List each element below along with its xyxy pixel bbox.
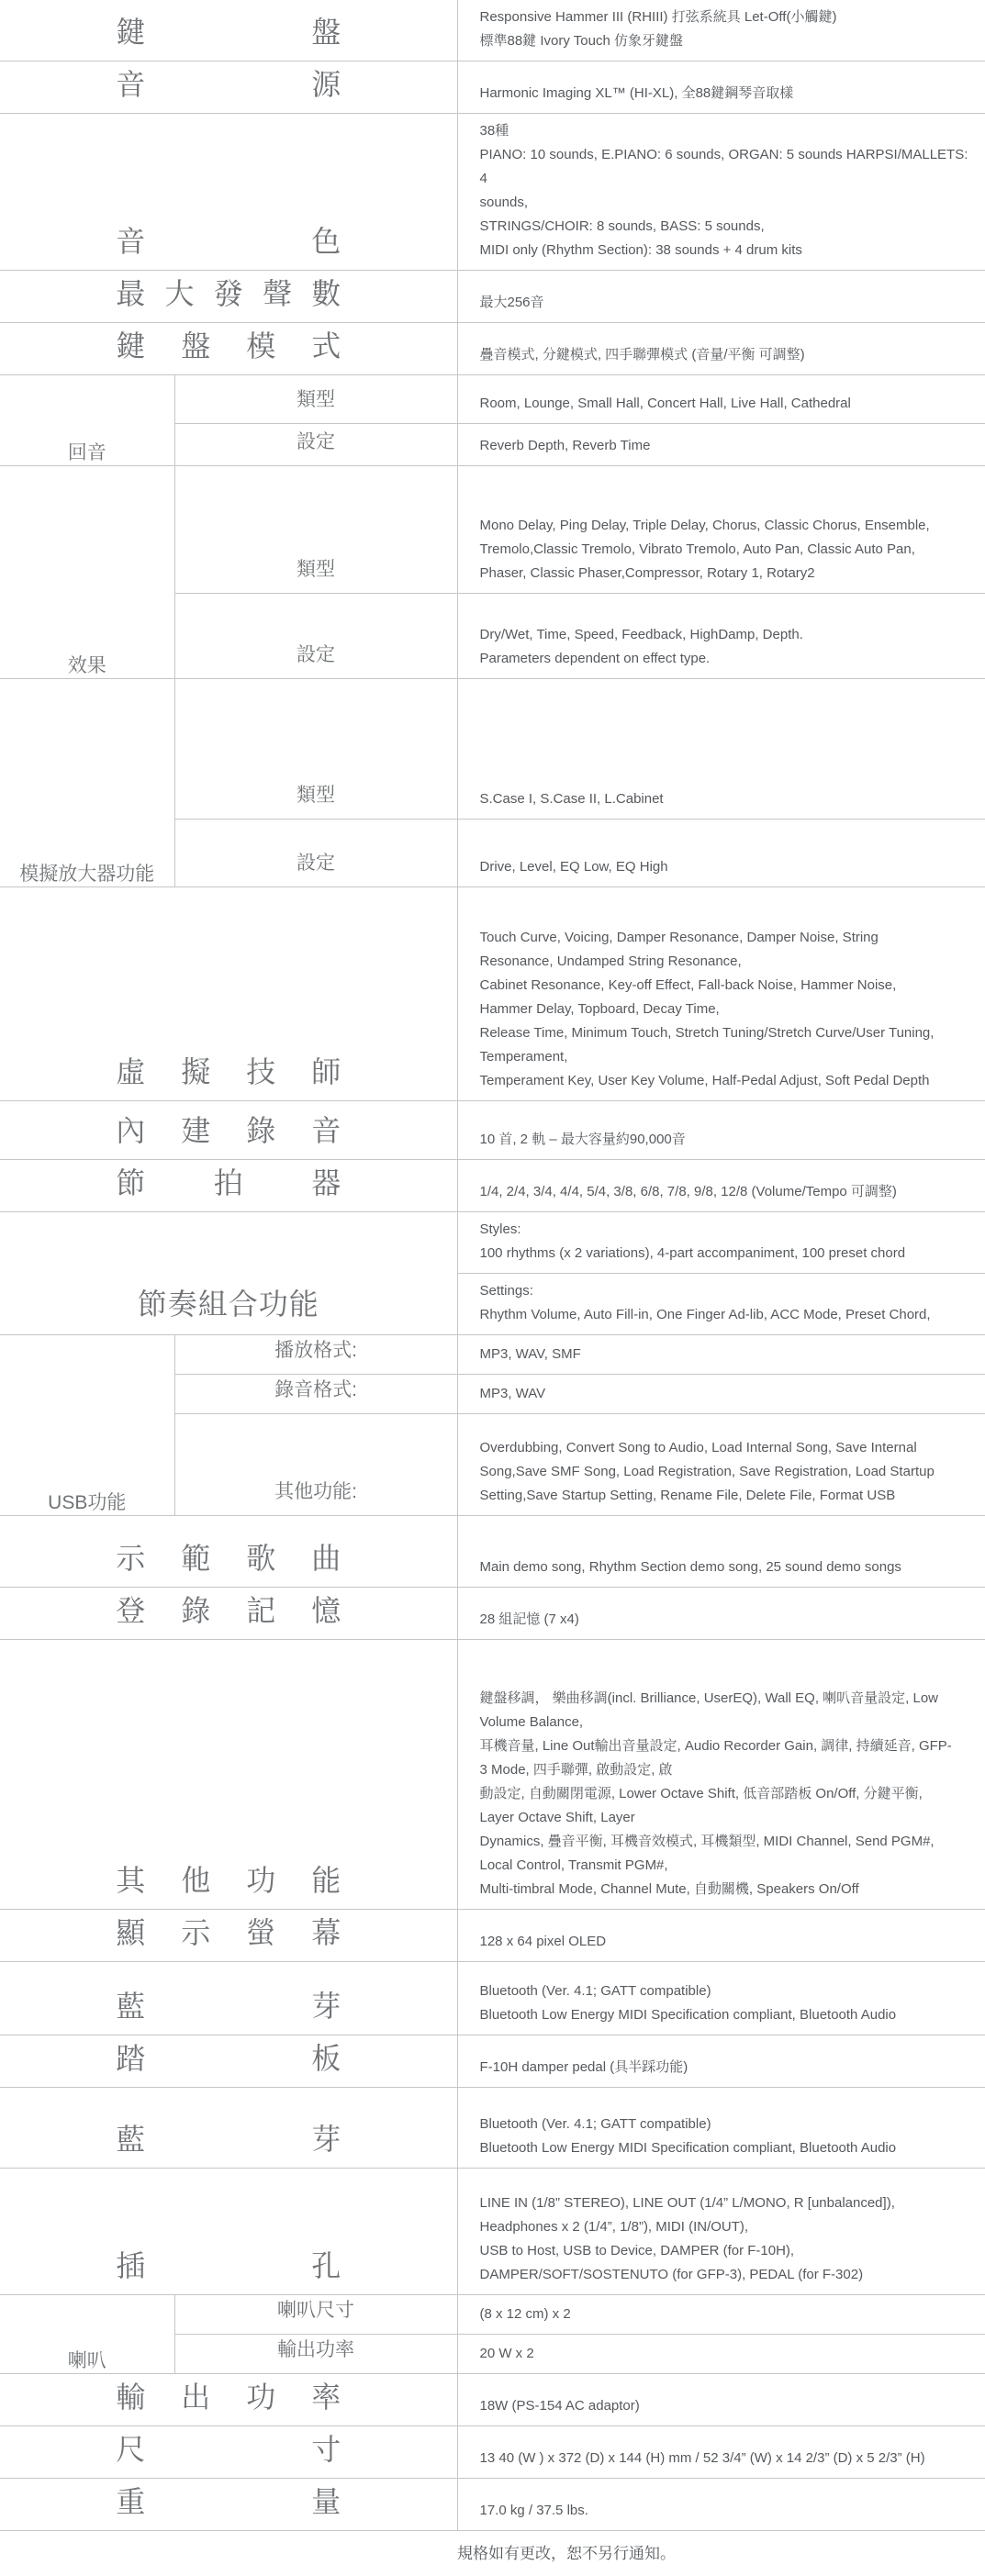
spec-value: 13 40 (W ) x 372 (D) x 144 (H) mm / 52 3… xyxy=(457,2426,985,2479)
spec-value: 10 首, 2 軌 – 最大容量約90,000音 xyxy=(457,1101,985,1160)
spec-sub-label: 錄音格式: xyxy=(174,1375,457,1414)
row-demo-songs: 示範歌曲 Main demo song, Rhythm Section demo… xyxy=(0,1516,985,1588)
spec-group-label: 模擬放大器功能 xyxy=(0,679,174,887)
row-max-polyphony: 最大發聲數 最大256音 xyxy=(0,271,985,323)
row-dimensions: 尺寸 13 40 (W ) x 372 (D) x 144 (H) mm / 5… xyxy=(0,2426,985,2479)
spec-value: 17.0 kg / 37.5 lbs. xyxy=(457,2479,985,2531)
spec-label: 藍芽 xyxy=(0,2088,457,2169)
row-bluetooth-1: 藍芽 Bluetooth (Ver. 4.1; GATT compatible)… xyxy=(0,1962,985,2035)
spec-value: Bluetooth (Ver. 4.1; GATT compatible) Bl… xyxy=(457,2088,985,2169)
row-sounds: 音色 38種 PIANO: 10 sounds, E.PIANO: 6 soun… xyxy=(0,114,985,271)
spec-value: Touch Curve, Voicing, Damper Resonance, … xyxy=(457,887,985,1101)
row-metronome: 節拍器 1/4, 2/4, 3/4, 4/4, 5/4, 3/8, 6/8, 7… xyxy=(0,1160,985,1212)
spec-label: 藍芽 xyxy=(0,1962,457,2035)
spec-value: Responsive Hammer III (RHIII) 打弦系統具 Let-… xyxy=(457,0,985,61)
spec-group-label: 效果 xyxy=(0,466,174,679)
spec-value: Styles: 100 rhythms (x 2 variations), 4-… xyxy=(457,1212,985,1274)
spec-label: 登錄記憶 xyxy=(0,1588,457,1640)
spec-value: 最大256音 xyxy=(457,271,985,323)
spec-label: 插孔 xyxy=(0,2169,457,2295)
spec-sub-label: 設定 xyxy=(174,820,457,887)
spec-value: MP3, WAV xyxy=(457,1375,985,1414)
spec-sub-label: 設定 xyxy=(174,424,457,466)
spec-value: 疊音模式, 分鍵模式, 四手聯彈模式 (音量/平衡 可調整) xyxy=(457,323,985,375)
spec-value: Reverb Depth, Reverb Time xyxy=(457,424,985,466)
row-registration-memory: 登錄記憶 28 組記憶 (7 x4) xyxy=(0,1588,985,1640)
row-internal-recorder: 內建錄音 10 首, 2 軌 – 最大容量約90,000音 xyxy=(0,1101,985,1160)
spec-value: Settings: Rhythm Volume, Auto Fill-in, O… xyxy=(457,1274,985,1335)
spec-label: 示範歌曲 xyxy=(0,1516,457,1588)
spec-label: 顯示螢幕 xyxy=(0,1910,457,1962)
row-rhythm-styles: 節奏組合功能 Styles: 100 rhythms (x 2 variatio… xyxy=(0,1212,985,1274)
spec-label: 其他功能 xyxy=(0,1640,457,1910)
row-pedal: 踏板 F-10H damper pedal (具半踩功能) xyxy=(0,2035,985,2088)
row-virtual-technician: 虛擬技師 Touch Curve, Voicing, Damper Resona… xyxy=(0,887,985,1101)
spec-label: 音色 xyxy=(0,114,457,271)
spec-label: 重量 xyxy=(0,2479,457,2531)
row-usb-playback: USB功能 播放格式: MP3, WAV, SMF xyxy=(0,1335,985,1375)
spec-sub-label: 輸出功率 xyxy=(174,2335,457,2374)
spec-value: 1/4, 2/4, 3/4, 4/4, 5/4, 3/8, 6/8, 7/8, … xyxy=(457,1160,985,1212)
spec-value: 20 W x 2 xyxy=(457,2335,985,2374)
row-other-functions: 其他功能 鍵盤移調， 樂曲移調(incl. Brilliance, UserEQ… xyxy=(0,1640,985,1910)
row-amp-sim-type: 模擬放大器功能 類型 S.Case I, S.Case II, L.Cabine… xyxy=(0,679,985,820)
spec-value: 鍵盤移調， 樂曲移調(incl. Brilliance, UserEQ), Wa… xyxy=(457,1640,985,1910)
spec-value: Harmonic Imaging XL™ (HI-XL), 全88鍵鋼琴音取樣 xyxy=(457,61,985,114)
spec-group-label: 喇叭 xyxy=(0,2295,174,2374)
spec-group-label: 回音 xyxy=(0,375,174,466)
row-reverb-type: 回音 類型 Room, Lounge, Small Hall, Concert … xyxy=(0,375,985,424)
spec-sub-label: 喇叭尺寸 xyxy=(174,2295,457,2335)
spec-value: Overdubbing, Convert Song to Audio, Load… xyxy=(457,1414,985,1516)
row-jacks: 插孔 LINE IN (1/8” STEREO), LINE OUT (1/4”… xyxy=(0,2169,985,2295)
spec-sub-label: 類型 xyxy=(174,466,457,594)
row-display: 顯示螢幕 128 x 64 pixel OLED xyxy=(0,1910,985,1962)
row-keyboard: 鍵盤 Responsive Hammer III (RHIII) 打弦系統具 L… xyxy=(0,0,985,61)
row-effects-type: 效果 類型 Mono Delay, Ping Delay, Triple Del… xyxy=(0,466,985,594)
row-weight: 重量 17.0 kg / 37.5 lbs. xyxy=(0,2479,985,2531)
spec-value: Mono Delay, Ping Delay, Triple Delay, Ch… xyxy=(457,466,985,594)
spec-label: 節拍器 xyxy=(0,1160,457,1212)
spec-sub-label: 類型 xyxy=(174,375,457,424)
specification-table: 鍵盤 Responsive Hammer III (RHIII) 打弦系統具 L… xyxy=(0,0,985,2531)
spec-value: 28 組記憶 (7 x4) xyxy=(457,1588,985,1640)
spec-value: 128 x 64 pixel OLED xyxy=(457,1910,985,1962)
spec-value: Main demo song, Rhythm Section demo song… xyxy=(457,1516,985,1588)
spec-value: F-10H damper pedal (具半踩功能) xyxy=(457,2035,985,2088)
spec-label: 尺寸 xyxy=(0,2426,457,2479)
spec-value: Bluetooth (Ver. 4.1; GATT compatible) Bl… xyxy=(457,1962,985,2035)
row-keyboard-modes: 鍵盤模式 疊音模式, 分鍵模式, 四手聯彈模式 (音量/平衡 可調整) xyxy=(0,323,985,375)
disclaimer-note: 規格如有更改，恕不另行通知。 xyxy=(457,2540,985,2563)
spec-label: 節奏組合功能 xyxy=(0,1212,457,1335)
spec-sub-label: 播放格式: xyxy=(174,1335,457,1375)
spec-value: Drive, Level, EQ Low, EQ High xyxy=(457,820,985,887)
spec-value: 18W (PS-154 AC adaptor) xyxy=(457,2374,985,2426)
row-speaker-size: 喇叭 喇叭尺寸 (8 x 12 cm) x 2 xyxy=(0,2295,985,2335)
spec-label: 最大發聲數 xyxy=(0,271,457,323)
spec-label: 內建錄音 xyxy=(0,1101,457,1160)
spec-label: 音源 xyxy=(0,61,457,114)
spec-value: MP3, WAV, SMF xyxy=(457,1335,985,1375)
spec-value: S.Case I, S.Case II, L.Cabinet xyxy=(457,679,985,820)
spec-label: 踏板 xyxy=(0,2035,457,2088)
spec-value: LINE IN (1/8” STEREO), LINE OUT (1/4” L/… xyxy=(457,2169,985,2295)
spec-label: 鍵盤模式 xyxy=(0,323,457,375)
spec-label: 鍵盤 xyxy=(0,0,457,61)
row-power-consumption: 輸出功率 18W (PS-154 AC adaptor) xyxy=(0,2374,985,2426)
spec-sub-label: 設定 xyxy=(174,594,457,679)
spec-sub-label: 其他功能: xyxy=(174,1414,457,1516)
spec-value: 38種 PIANO: 10 sounds, E.PIANO: 6 sounds,… xyxy=(457,114,985,271)
spec-label: 輸出功率 xyxy=(0,2374,457,2426)
spec-value: Dry/Wet, Time, Speed, Feedback, HighDamp… xyxy=(457,594,985,679)
spec-value: Room, Lounge, Small Hall, Concert Hall, … xyxy=(457,375,985,424)
row-sound-source: 音源 Harmonic Imaging XL™ (HI-XL), 全88鍵鋼琴音… xyxy=(0,61,985,114)
spec-value: (8 x 12 cm) x 2 xyxy=(457,2295,985,2335)
spec-sub-label: 類型 xyxy=(174,679,457,820)
row-bluetooth-2: 藍芽 Bluetooth (Ver. 4.1; GATT compatible)… xyxy=(0,2088,985,2169)
spec-page: 鍵盤 Responsive Hammer III (RHIII) 打弦系統具 L… xyxy=(0,0,985,2563)
spec-group-label: USB功能 xyxy=(0,1335,174,1516)
spec-label: 虛擬技師 xyxy=(0,887,457,1101)
